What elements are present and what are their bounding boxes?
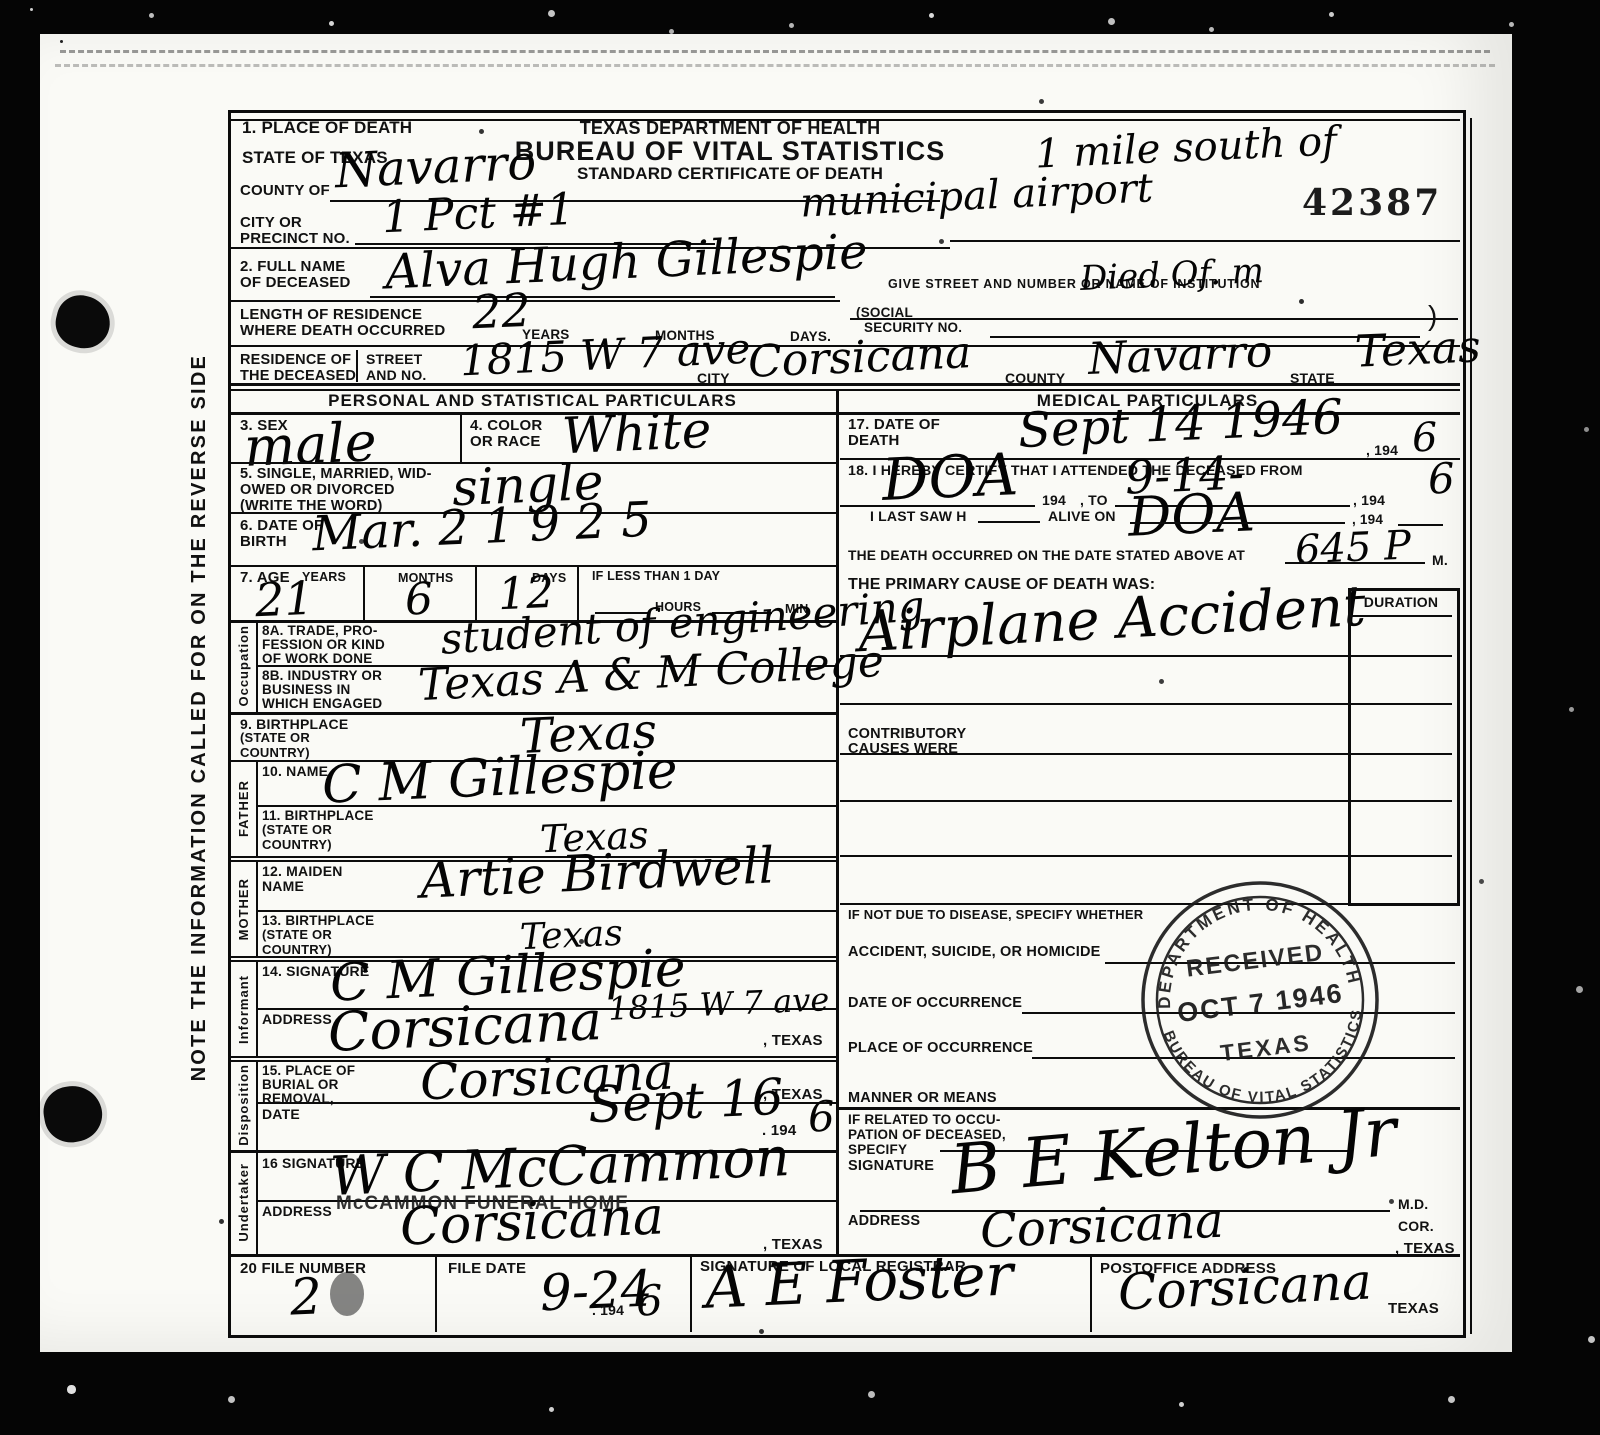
city-or-label: CITY OR <box>240 214 302 231</box>
cor-label: COR. <box>1398 1218 1434 1234</box>
scan-noise-white <box>30 8 33 11</box>
maiden-label-2: NAME <box>262 878 304 894</box>
informant-address-extra: 1815 W 7 ave <box>607 983 829 1025</box>
residence-county-value: Navarro <box>1087 330 1273 382</box>
birthplace-label-2: (STATE OR <box>240 731 310 746</box>
and-no-label: AND NO. <box>366 367 427 383</box>
age-months-value: 6 <box>404 577 434 622</box>
received-stamp-svg: DEPARTMENT OF HEALTH BUREAU OF VITAL STA… <box>1122 862 1398 1138</box>
county-of-label: COUNTY OF <box>240 182 330 199</box>
length-residence-label-2: WHERE DEATH OCCURRED <box>240 322 445 339</box>
physician-address-value: Corsicana <box>979 1197 1224 1256</box>
color-label-1: 4. COLOR <box>470 417 542 434</box>
duration-box <box>1348 588 1460 906</box>
scan-artifact-line <box>60 50 1490 53</box>
city-precinct-value: 1 Pct #1 <box>381 188 576 240</box>
disposition-tag-text: Disposition <box>236 1064 251 1146</box>
accident-suicide-label: ACCIDENT, SUICIDE, OR HOMICIDE <box>848 944 1101 961</box>
ink-smudge <box>330 1272 364 1316</box>
industry-label-3: WHICH ENGAGED <box>262 696 382 712</box>
rule <box>978 521 1040 523</box>
marital-label-1: 5. SINGLE, MARRIED, WID- <box>240 466 432 483</box>
rule <box>460 412 462 462</box>
if-not-due-label: IF NOT DUE TO DISEASE, SPECIFY WHETHER <box>848 908 1143 923</box>
birthplace-label-3: COUNTRY) <box>240 746 310 761</box>
rule <box>840 505 1035 507</box>
year1-label: 194 <box>1042 492 1066 508</box>
stamp-date: OCT 7 1946 <box>1176 978 1345 1028</box>
md-label: M.D. <box>1398 1196 1428 1212</box>
year2-label: , 194 <box>1353 492 1385 508</box>
occupation-section-tag: Occupation <box>230 620 258 712</box>
residence-state-value: Texas <box>1354 325 1481 374</box>
death-date-value: Sept 14 1946 <box>1017 393 1344 455</box>
maiden-value: Artie Birdwell <box>419 840 775 905</box>
undertaker-tag-text: Undertaker <box>236 1163 251 1242</box>
rule <box>363 565 365 620</box>
certificate-number: 42387 <box>1302 182 1442 224</box>
length-residence-label-1: LENGTH OF RESIDENCE <box>240 306 422 323</box>
scan-artifact-line <box>55 64 1495 67</box>
disposition-section-tag: Disposition <box>230 1060 258 1150</box>
physician-signature-label: SIGNATURE <box>848 1158 934 1175</box>
rule <box>1130 522 1345 524</box>
father-name-label: 10. NAME <box>262 763 328 779</box>
alive-on-label: ALIVE ON <box>1048 508 1116 524</box>
contributory-label-2: CAUSES WERE <box>848 741 958 758</box>
rule <box>256 910 836 912</box>
year2-digit: 6 <box>1427 457 1456 500</box>
death-date-label-1: 17. DATE OF <box>848 416 940 433</box>
color-label-2: OR RACE <box>470 433 541 450</box>
rule <box>435 1254 437 1332</box>
informant-state-label: , TEXAS <box>763 1032 823 1049</box>
rule <box>1350 615 1452 617</box>
rule <box>370 296 835 298</box>
institution-handwriting: Died Of. m <box>1079 254 1264 296</box>
stamp-texas: TEXAS <box>1219 1029 1313 1066</box>
rule <box>1090 1254 1092 1332</box>
rule <box>228 300 840 302</box>
father-bp-label-3: COUNTRY) <box>262 838 332 853</box>
precinct-no-label: PRECINCT NO. <box>240 230 350 247</box>
file-year-prefix: . 194 <box>592 1302 624 1318</box>
death-occurred-label: THE DEATH OCCURRED ON THE DATE STATED AB… <box>848 548 1245 564</box>
full-name-label-1: 2. FULL NAME <box>240 258 345 275</box>
death-year-digit: 6 <box>1411 417 1438 458</box>
burial-date-value: Sept 16 <box>587 1072 784 1130</box>
scan-noise-black <box>60 40 63 43</box>
death-year-prefix: , 194 <box>1366 442 1398 458</box>
rule <box>356 350 358 382</box>
registrar-value: A E Foster <box>704 1245 1014 1316</box>
scanned-death-certificate: NOTE THE INFORMATION CALLED FOR ON THE R… <box>0 0 1600 1435</box>
postoffice-value: Corsicana <box>1117 1256 1373 1317</box>
occupation-tag-text: Occupation <box>236 625 251 707</box>
place-of-death-label: 1. PLACE OF DEATH <box>242 118 412 138</box>
scan-edge-line <box>1470 118 1472 1334</box>
rule <box>950 240 1460 242</box>
date-occurrence-label: DATE OF OCCURRENCE <box>848 995 1022 1012</box>
rule <box>228 383 1460 386</box>
related-occupation-label-3: SPECIFY <box>848 1142 907 1158</box>
informant-section-tag: Informant <box>230 960 258 1058</box>
social-label-1: (SOCIAL <box>856 305 913 321</box>
undertaker-section-tag: Undertaker <box>230 1150 258 1254</box>
personal-section-title: PERSONAL AND STATISTICAL PARTICULARS <box>235 391 830 411</box>
margin-note-text: NOTE THE INFORMATION CALLED FOR ON THE R… <box>188 354 211 1081</box>
file-year-digit: 6 <box>635 1279 664 1322</box>
margin-note: NOTE THE INFORMATION CALLED FOR ON THE R… <box>184 348 214 1088</box>
rule <box>1285 562 1425 564</box>
age-years-label: YEARS <box>302 570 346 584</box>
m-label: M. <box>1432 552 1448 568</box>
manner-means-label: MANNER OR MEANS <box>848 1090 997 1107</box>
if-less-label: IF LESS THAN 1 DAY <box>592 569 720 583</box>
alive-on-value: DOA <box>1127 485 1256 544</box>
residence-label-1: RESIDENCE OF <box>240 352 351 369</box>
physician-address-label: ADDRESS <box>848 1213 920 1230</box>
burial-year-digit: 6 <box>807 1095 836 1138</box>
mother-tag-text: MOTHER <box>236 878 251 940</box>
postoffice-state-label: TEXAS <box>1388 1300 1439 1317</box>
father-name-value: C M Gillespie <box>321 744 679 811</box>
father-section-tag: FATHER <box>230 760 258 858</box>
undertaker-address-value: Corsicana <box>399 1190 665 1253</box>
file-date-label: FILE DATE <box>448 1260 526 1277</box>
related-occupation-label-1: IF RELATED TO OCCU- <box>848 1112 1001 1128</box>
mother-bp-label-2: (STATE OR <box>262 928 332 943</box>
place-occurrence-label: PLACE OF OCCURRENCE <box>848 1040 1033 1057</box>
maiden-label-1: 12. MAIDEN <box>262 863 343 879</box>
attended-from-value: DOA <box>881 445 1019 509</box>
mother-section-tag: MOTHER <box>230 860 258 958</box>
burial-date-label: DATE <box>262 1106 300 1122</box>
informant-address-label: ADDRESS <box>262 1011 332 1027</box>
rule <box>690 1254 692 1332</box>
father-bp-label-2: (STATE OR <box>262 823 332 838</box>
birth-date-label-2: BIRTH <box>240 533 287 550</box>
rule <box>256 805 836 807</box>
marital-label-2: OWED OR DIVORCED <box>240 482 395 499</box>
column-divider <box>836 389 839 1254</box>
street-label: STREET <box>366 351 422 367</box>
duration-label: DURATION <box>1350 594 1452 610</box>
residence-city-value: Corsicana <box>747 331 972 385</box>
father-tag-text: FATHER <box>236 780 251 837</box>
last-saw-label: I LAST SAW H <box>870 508 967 524</box>
to-label: , TO <box>1080 492 1108 508</box>
received-stamp: DEPARTMENT OF HEALTH BUREAU OF VITAL STA… <box>1122 862 1398 1138</box>
file-number-value: 2 <box>289 1271 323 1322</box>
informant-tag-text: Informant <box>236 975 251 1044</box>
birth-date-value: Mar. 2 1 9 2 5 <box>311 496 652 559</box>
full-name-label-2: OF DECEASED <box>240 274 351 291</box>
stamp-received: RECEIVED <box>1185 939 1326 983</box>
burial-label-3: REMOVAL, <box>262 1091 334 1107</box>
undertaker-address-label: ADDRESS <box>262 1203 332 1219</box>
